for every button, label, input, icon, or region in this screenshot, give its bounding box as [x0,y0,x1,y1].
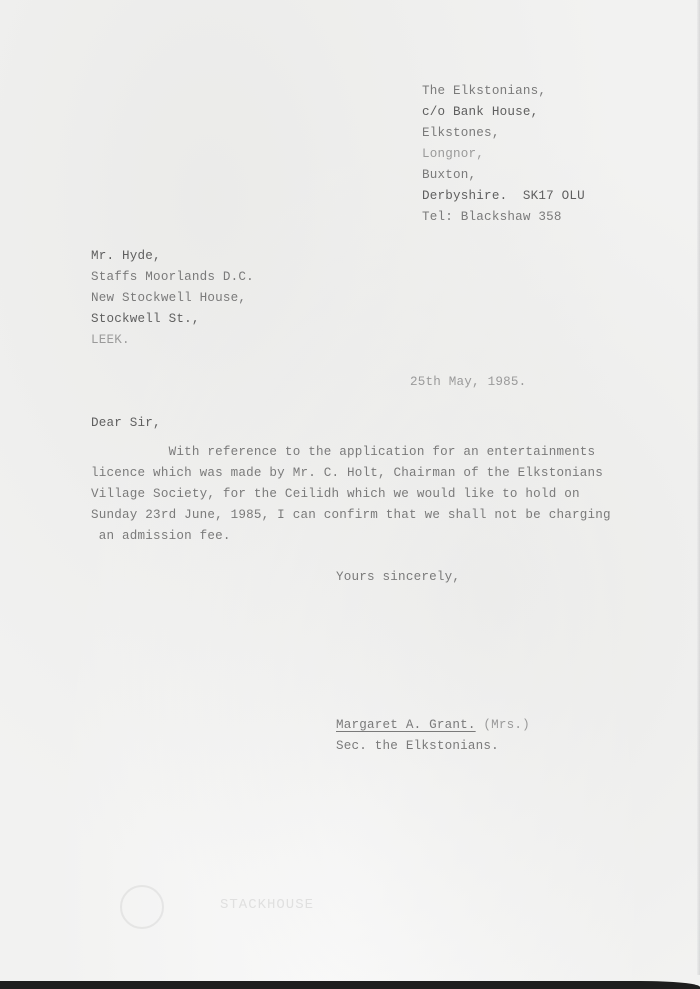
signature-role: Sec. the Elkstonians. [336,739,499,753]
signature-title: (Mrs.) [476,718,530,732]
page-edge-bottom [0,981,700,989]
recipient-line: Staffs Moorlands D.C. [91,270,254,284]
body-line: Sunday 23rd June, 1985, I can confirm th… [91,508,611,522]
body-line: an admission fee. [91,529,231,543]
sender-line: c/o Bank House, [422,105,538,119]
sender-line: Derbyshire. SK17 OLU [422,189,585,203]
recipient-line: LEEK. [91,333,130,347]
body-line: Village Society, for the Ceilidh which w… [91,487,580,501]
recipient-line: Mr. Hyde, [91,249,161,263]
sender-line: Tel: Blackshaw 358 [422,210,562,224]
letter-page: The Elkstonians, c/o Bank House, Elkston… [0,0,700,989]
salutation: Dear Sir, [91,416,161,430]
sender-line: Buxton, [422,168,476,182]
closing: Yours sincerely, [336,570,460,584]
faint-stamp-circle [120,885,164,929]
signature-line: Margaret A. Grant. (Mrs.) [336,718,530,732]
sender-line: The Elkstonians, [422,84,546,98]
faint-stamp-text: STACKHOUSE [220,898,314,912]
signature-name: Margaret A. Grant. [336,718,476,732]
recipient-line: Stockwell St., [91,312,200,326]
sender-line: Longnor, [422,147,484,161]
recipient-line: New Stockwell House, [91,291,246,305]
letter-date: 25th May, 1985. [410,375,526,389]
body-line: licence which was made by Mr. C. Holt, C… [91,466,603,480]
body-line: With reference to the application for an… [91,445,595,459]
sender-line: Elkstones, [422,126,500,140]
